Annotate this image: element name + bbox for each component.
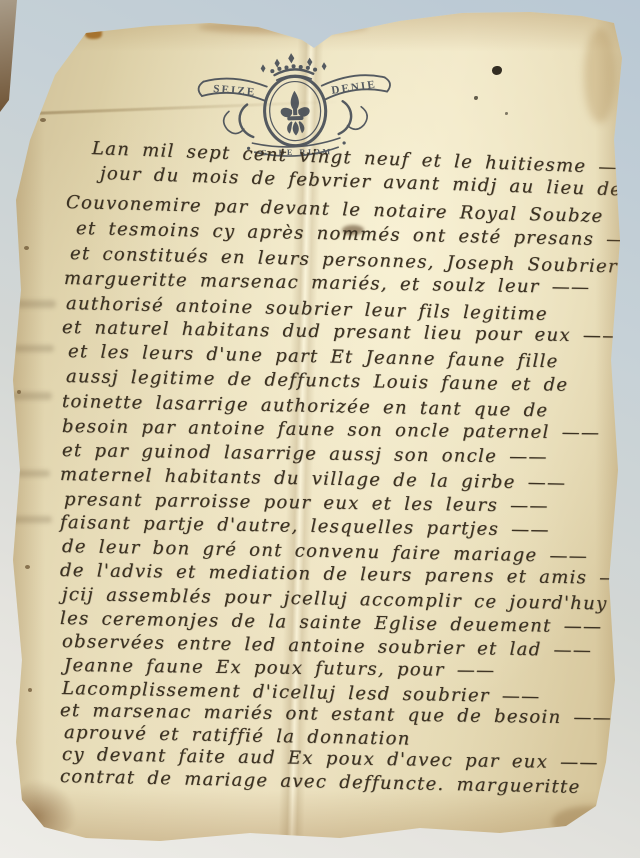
manuscript-line: et naturel habitans dud presant lieu pou…	[62, 317, 622, 347]
manuscript-line: et marsenac mariés ont estant que de bes…	[60, 700, 612, 729]
edge-mark	[17, 390, 21, 394]
horizontal-crease	[38, 100, 338, 115]
verso-bleedthrough	[14, 345, 54, 352]
manuscript-line: Lan mil sept cent vingt neuf et le huiti…	[92, 138, 638, 179]
edge-mark	[28, 688, 32, 692]
manuscript-line: cy devant faite aud Ex poux d'avec par e…	[62, 744, 599, 773]
verso-bleedthrough	[10, 516, 52, 523]
manuscript-line: Lacomplissement d'icelluj lesd soubrier …	[62, 678, 541, 707]
verso-bleedthrough	[12, 470, 50, 477]
bottom-left-corner-stain	[16, 775, 82, 835]
manuscript-line: toinette lasarrige authorizée en tant qu…	[62, 391, 549, 421]
ink-smudge	[342, 225, 364, 235]
manuscript-line: et par guinod lasarrige aussj son oncle …	[62, 440, 548, 468]
manuscript-line: et constitués en leurs personnes, Joseph…	[70, 243, 618, 277]
manuscript-line: besoin par antoine faune son oncle pater…	[62, 416, 600, 444]
manuscript-line: Couvonemire par devant le notaire Royal …	[66, 192, 604, 227]
manuscript-line: et tesmoins cy après nommés ont esté pre…	[76, 218, 640, 251]
manuscript-line: observées entre led antoine soubrier et …	[62, 631, 592, 661]
manuscript-line: de leur bon gré ont convenu faire mariag…	[62, 536, 588, 567]
manuscript-line: et les leurs d'une part Et Jeanne faune …	[68, 341, 559, 372]
fleur-de-lis-oval	[263, 75, 326, 146]
manuscript-line: margueritte marsenac mariés, et soulz le…	[64, 268, 591, 298]
manuscript-line: les ceremonjes de la sainte Eglise deuem…	[60, 608, 603, 638]
bottom-right-corner-stain	[552, 806, 626, 838]
verso-bleedthrough	[10, 300, 56, 308]
tax-stamp-seize-deniers: SEIZE DENIE G. DE RIOM	[186, 46, 404, 167]
stamp-word-seize: SEIZE	[213, 83, 257, 99]
edge-mark	[24, 246, 29, 250]
ink-blot	[492, 66, 502, 75]
verso-bleedthrough	[8, 392, 52, 400]
edge-mark	[25, 565, 30, 569]
photo-background: SEIZE DENIE G. DE RIOM Lan mil sept cent…	[0, 0, 640, 858]
manuscript-line: maternel habitants du village de la girb…	[60, 464, 567, 494]
stamp-generality: G. DE RIOM	[260, 147, 332, 157]
manuscript-line: aussj legitime de deffuncts Louis faune …	[66, 366, 569, 396]
manuscript-line: aprouvé et ratiffié la donnation	[64, 722, 411, 750]
manuscript-line: jcij assemblés pour jcelluj accomplir ce…	[62, 584, 608, 615]
manuscript-paper: SEIZE DENIE G. DE RIOM Lan mil sept cent…	[0, 0, 640, 858]
manuscript-line: contrat de mariage avec deffuncte. margu…	[60, 766, 581, 798]
manuscript-line: presant parroisse pour eux et les leurs …	[64, 489, 549, 517]
manuscript-line: Jeanne faune Ex poux futurs, pour ——	[64, 655, 496, 681]
edge-mark	[40, 118, 46, 122]
right-edge-stain	[584, 28, 616, 123]
manuscript-line: authorisé antoine soubrier leur fils leg…	[66, 293, 548, 325]
ink-speck	[474, 96, 478, 100]
stamp-banners	[198, 73, 392, 159]
manuscript-line: faisant partje d'autre, lesquelles partj…	[60, 512, 550, 541]
ink-speck	[505, 112, 508, 115]
manuscript-line: jour du mois de febvrier avant midj au l…	[100, 163, 623, 200]
center-fold-crease	[278, 26, 324, 844]
corner-tear-stain	[85, 27, 102, 39]
table-corner	[0, 0, 20, 118]
top-edge-stain	[198, 20, 368, 34]
stamp-word-deniers: DENIE	[331, 79, 378, 97]
crown-icon	[260, 52, 327, 81]
manuscript-line: de l'advis et mediation de leurs parens …	[60, 560, 638, 589]
